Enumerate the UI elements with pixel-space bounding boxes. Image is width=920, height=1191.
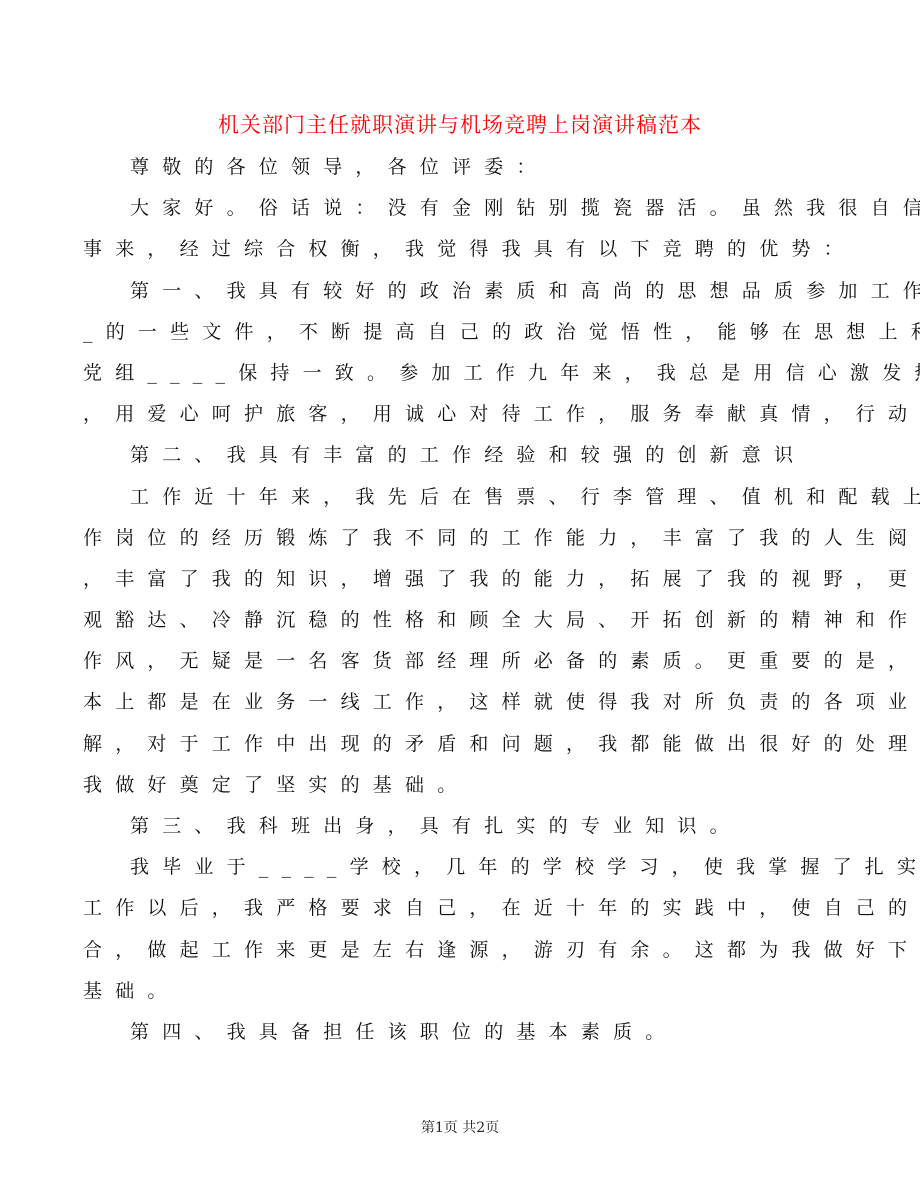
document-page: 机关部门主任就职演讲与机场竞聘上岗演讲稿范本 尊敬的各位领导，各位评委： 大家好…	[0, 0, 920, 1191]
body-line: 本上都是在业务一线工作，这样就使得我对所负责的各项业务有了较为深入的了	[83, 682, 833, 723]
body-line: 工作近十年来，我先后在售票、行李管理、值机和配载上工作过，不同的工	[83, 477, 833, 518]
body-line: 作风，无疑是一名客货部经理所必备的素质。更重要的是，在这近十年里，我基	[83, 641, 833, 682]
body-line: 大家好。俗话说：没有金刚钻别揽瓷器活。虽然我很自信，但还有拿出真本	[83, 188, 833, 229]
body-line: ，用爱心呵护旅客，用诚心对待工作，服务奉献真情，行动追求卓越。	[83, 394, 833, 435]
body-line: 我做好奠定了坚实的基础。	[83, 765, 833, 806]
body-line: 合，做起工作来更是左右逢源，游刃有余。这都为我做好下步工作打下了坚实的	[83, 930, 833, 971]
body-line: 事来，经过综合权衡，我觉得我具有以下竞聘的优势：	[83, 229, 833, 270]
body-line: 尊敬的各位领导，各位评委：	[83, 147, 833, 188]
body-line: 基础。	[83, 971, 833, 1012]
body-line: 第四、我具备担任该职位的基本素质。	[83, 1012, 833, 1053]
document-body: 尊敬的各位领导，各位评委： 大家好。俗话说：没有金刚钻别揽瓷器活。虽然我很自信，…	[83, 147, 833, 1053]
body-line: 第三、我科班出身，具有扎实的专业知识。	[83, 806, 833, 847]
body-line: 第一、我具有较好的政治素质和高尚的思想品质参加工作以来，我经常学___	[83, 271, 833, 312]
body-line: 我毕业于____学校，几年的学校学习，使我掌握了扎实的专业知识，特别是	[83, 847, 833, 888]
body-line: 党组____保持一致。参加工作九年来，我总是用信心激发热情，用恒心磨练意志	[83, 353, 833, 394]
body-line: 第二、我具有丰富的工作经验和较强的创新意识	[83, 435, 833, 476]
body-line: _的一些文件，不断提高自己的政治觉悟性，能够在思想上和行动上与____和公司	[83, 312, 833, 353]
body-line: 作岗位的经历锻炼了我不同的工作能力，丰富了我的人生阅历，锻炼了我的意志	[83, 518, 833, 559]
body-line: 工作以后，我严格要求自己，在近十年的实践中，使自己的理论知识与实践相结	[83, 888, 833, 929]
body-line: ，丰富了我的知识，增强了我的能力，拓展了我的视野，更重要的是培养了我乐	[83, 559, 833, 600]
page-number: 第1页 共2页	[0, 1117, 920, 1137]
body-line: 解，对于工作中出现的矛盾和问题，我都能做出很好的处理。丰富的工作经验为	[83, 724, 833, 765]
body-line: 观豁达、冷静沉稳的性格和顾全大局、开拓创新的精神和作风，而这样的性格和	[83, 600, 833, 641]
document-title: 机关部门主任就职演讲与机场竞聘上岗演讲稿范本	[0, 110, 920, 140]
